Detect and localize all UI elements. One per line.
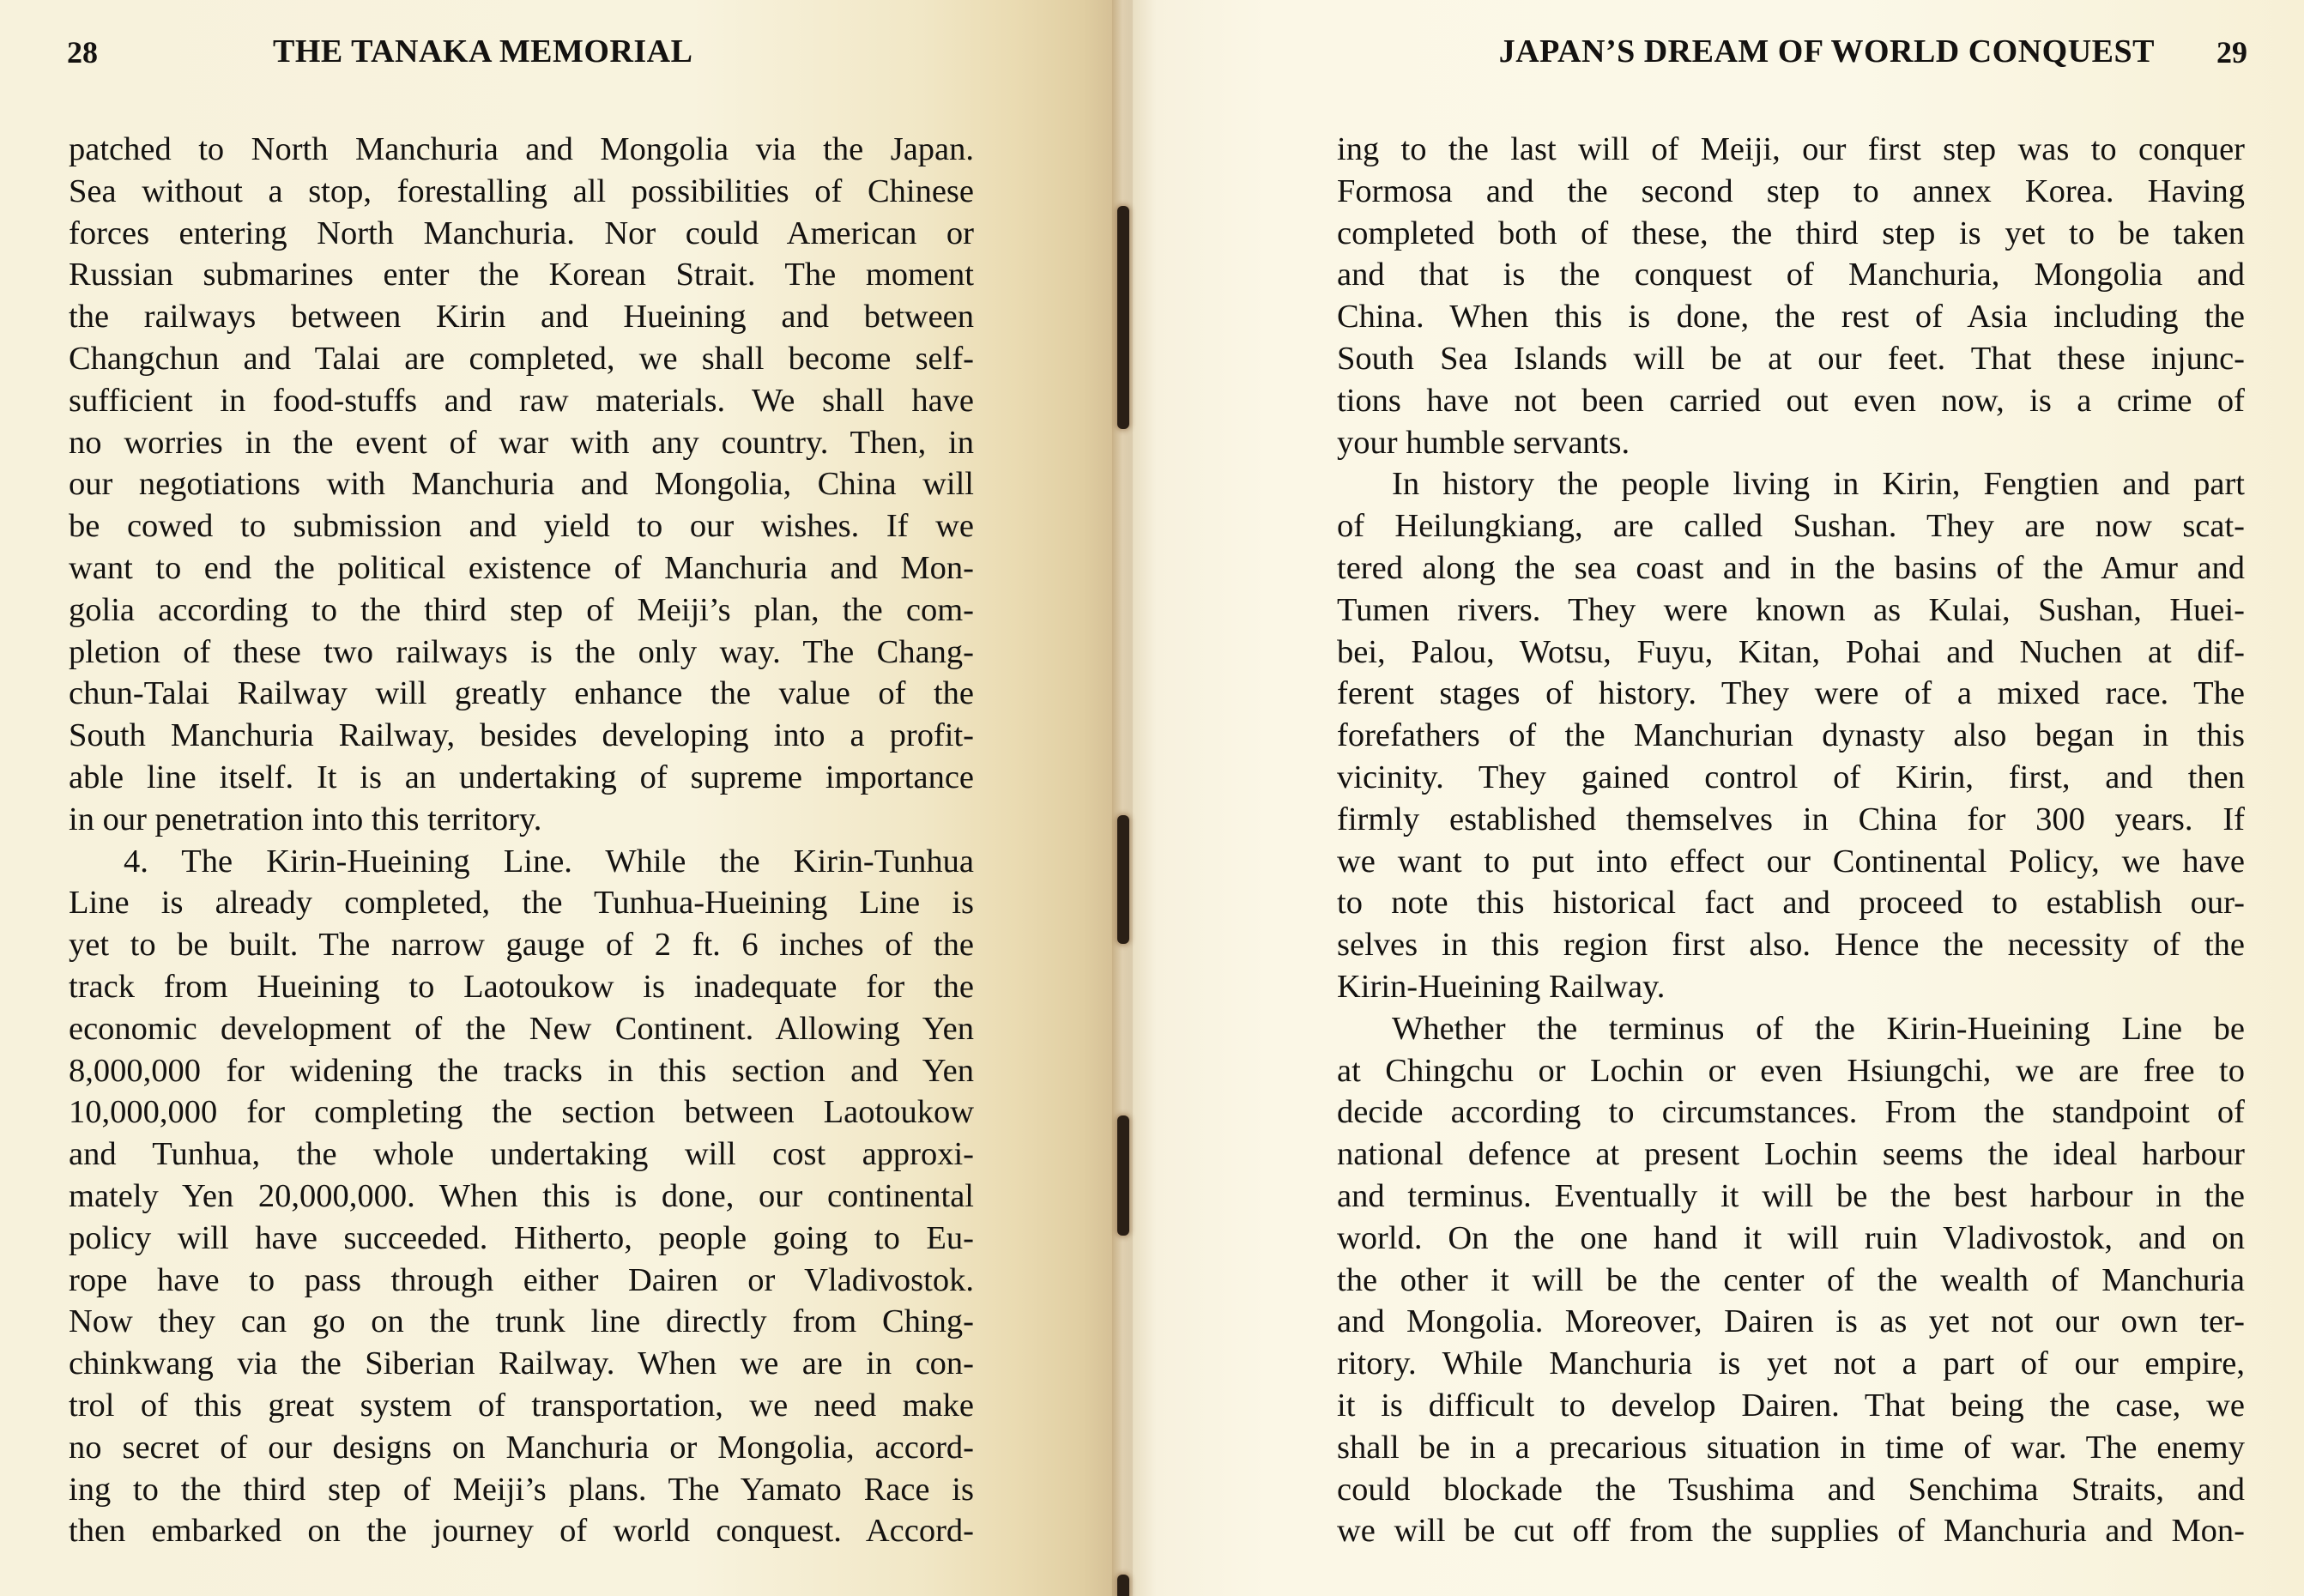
text-line: shall be in a precarious situation in ti… <box>1337 1427 2245 1469</box>
text-line: bei, Palou, Wotsu, Fuyu, Kitan, Pohai an… <box>1337 632 2245 674</box>
text-line: we will be cut off from the supplies of … <box>1337 1510 2245 1552</box>
running-head: THE TANAKA MEMORIAL <box>273 33 692 70</box>
text-line: our negotiations with Manchuria and Mong… <box>69 463 974 505</box>
text-line: could blockade the Tsushima and Senchima… <box>1337 1469 2245 1511</box>
text-line: Tumen rivers. They were known as Kulai, … <box>1337 589 2245 632</box>
text-line: then embarked on the journey of world co… <box>69 1510 974 1552</box>
text-line: forefathers of the Manchurian dynasty al… <box>1337 715 2245 757</box>
text-line: firmly established themselves in China f… <box>1337 799 2245 841</box>
text-line: tered along the sea coast and in the bas… <box>1337 547 2245 589</box>
text-line: be cowed to submission and yield to our … <box>69 505 974 547</box>
text-line: of Heilungkiang, are called Sushan. They… <box>1337 505 2245 547</box>
page-number: 29 <box>2216 34 2247 70</box>
text-line: 10,000,000 for completing the section be… <box>69 1091 974 1134</box>
text-line: 4. The Kirin-Hueining Line. While the Ki… <box>69 841 974 883</box>
text-line: completed both of these, the third step … <box>1337 213 2245 255</box>
text-line: able line itself. It is an undertaking o… <box>69 757 974 799</box>
text-line: golia according to the third step of Mei… <box>69 589 974 632</box>
text-line: trol of this great system of transportat… <box>69 1385 974 1427</box>
text-line: patched to North Manchuria and Mongolia … <box>69 129 974 171</box>
text-line: pletion of these two railways is the onl… <box>69 632 974 674</box>
text-line: Russian submarines enter the Korean Stra… <box>69 254 974 296</box>
text-line: ing to the third step of Meiji’s plans. … <box>69 1469 974 1511</box>
text-line: to note this historical fact and proceed… <box>1337 882 2245 924</box>
text-line: want to end the political existence of M… <box>69 547 974 589</box>
text-line: Kirin-Hueining Railway. <box>1337 966 2245 1008</box>
text-line: your humble servants. <box>1337 422 2245 464</box>
text-line: Whether the terminus of the Kirin-Hueini… <box>1337 1008 2245 1050</box>
text-line: chinkwang via the Siberian Railway. When… <box>69 1343 974 1385</box>
text-line: ing to the last will of Meiji, our first… <box>1337 129 2245 171</box>
body-text: ing to the last will of Meiji, our first… <box>1337 129 2245 1552</box>
text-line: and Tunhua, the whole undertaking will c… <box>69 1134 974 1176</box>
text-line: mately Yen 20,000,000. When this is done… <box>69 1176 974 1218</box>
text-line: forces entering North Manchuria. Nor cou… <box>69 213 974 255</box>
text-line: it is difficult to develop Dairen. That … <box>1337 1385 2245 1427</box>
text-line: and terminus. Eventually it will be the … <box>1337 1176 2245 1218</box>
text-line: sufficient in food-stuffs and raw materi… <box>69 380 974 422</box>
text-line: rope have to pass through either Dairen … <box>69 1260 974 1302</box>
text-line: national defence at present Lochin seems… <box>1337 1134 2245 1176</box>
text-line: we want to put into effect our Continent… <box>1337 841 2245 883</box>
running-head: JAPAN’S DREAM OF WORLD CONQUEST <box>1499 33 2155 70</box>
text-line: South Sea Islands will be at our feet. T… <box>1337 338 2245 380</box>
text-line: chun-Talai Railway will greatly enhance … <box>69 673 974 715</box>
text-line: no worries in the event of war with any … <box>69 422 974 464</box>
left-page: 28 THE TANAKA MEMORIAL patched to North … <box>0 0 1124 1596</box>
text-line: the other it will be the center of the w… <box>1337 1260 2245 1302</box>
text-line: selves in this region first also. Hence … <box>1337 924 2245 966</box>
text-line: the railways between Kirin and Hueining … <box>69 296 974 338</box>
body-text: patched to North Manchuria and Mongolia … <box>69 129 974 1552</box>
right-page: JAPAN’S DREAM OF WORLD CONQUEST 29 ing t… <box>1141 0 2304 1596</box>
text-line: yet to be built. The narrow gauge of 2 f… <box>69 924 974 966</box>
text-line: policy will have succeeded. Hitherto, pe… <box>69 1218 974 1260</box>
text-line: ritory. While Manchuria is yet not a par… <box>1337 1343 2245 1385</box>
page-number: 28 <box>67 34 98 70</box>
text-line: and Mongolia. Moreover, Dairen is as yet… <box>1337 1301 2245 1343</box>
text-line: vicinity. They gained control of Kirin, … <box>1337 757 2245 799</box>
text-line: China. When this is done, the rest of As… <box>1337 296 2245 338</box>
text-line: South Manchuria Railway, besides develop… <box>69 715 974 757</box>
text-line: in our penetration into this territory. <box>69 799 974 841</box>
text-line: Now they can go on the trunk line direct… <box>69 1301 974 1343</box>
text-line: world. On the one hand it will ruin Vlad… <box>1337 1218 2245 1260</box>
text-line: ferent stages of history. They were of a… <box>1337 673 2245 715</box>
text-line: Formosa and the second step to annex Kor… <box>1337 171 2245 213</box>
text-line: Line is already completed, the Tunhua-Hu… <box>69 882 974 924</box>
text-line: and that is the conquest of Manchuria, M… <box>1337 254 2245 296</box>
text-line: track from Hueining to Laotoukow is inad… <box>69 966 974 1008</box>
text-line: In history the people living in Kirin, F… <box>1337 463 2245 505</box>
text-line: decide according to circumstances. From … <box>1337 1091 2245 1134</box>
text-line: tions have not been carried out even now… <box>1337 380 2245 422</box>
text-line: economic development of the New Continen… <box>69 1008 974 1050</box>
text-line: Sea without a stop, forestalling all pos… <box>69 171 974 213</box>
text-line: Changchun and Talai are completed, we sh… <box>69 338 974 380</box>
text-line: no secret of our designs on Manchuria or… <box>69 1427 974 1469</box>
text-line: at Chingchu or Lochin or even Hsiungchi,… <box>1337 1050 2245 1092</box>
text-line: 8,000,000 for widening the tracks in thi… <box>69 1050 974 1092</box>
